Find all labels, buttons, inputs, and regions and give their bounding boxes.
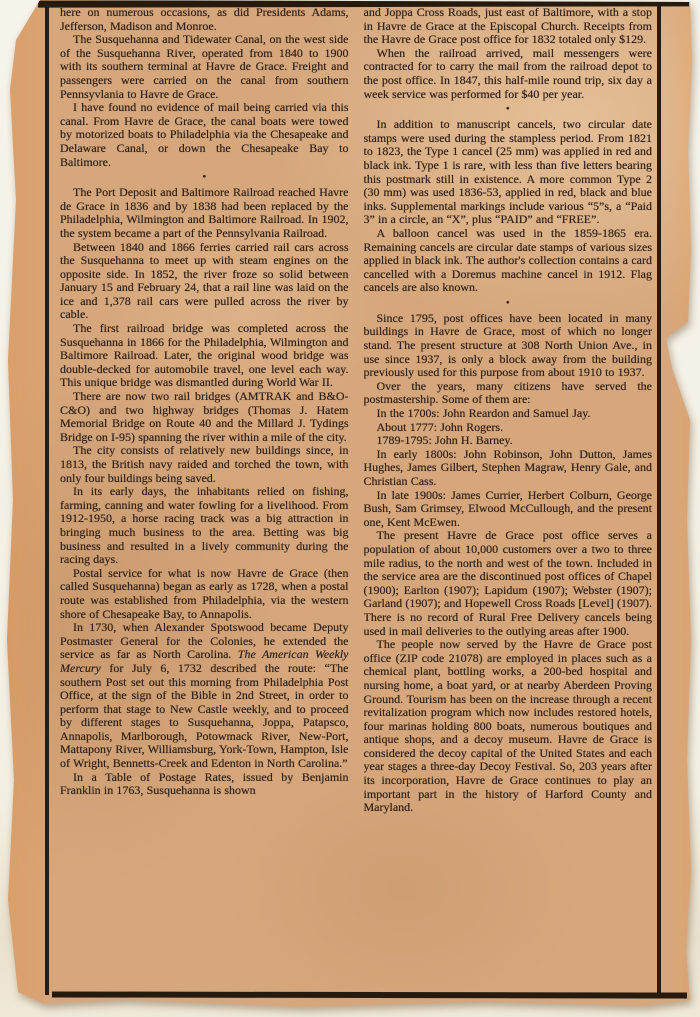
article-paragraph: A balloon cancel was used in the 1859-18… <box>364 227 653 295</box>
article-paragraph: About 1777: John Rogers. <box>364 421 653 435</box>
torn-edge-left <box>4 0 44 1010</box>
article-body: here on numerous occasions, as did Presi… <box>60 6 652 990</box>
article-column-left: here on numerous occasions, as did Presi… <box>60 6 349 990</box>
newspaper-clipping: here on numerous occasions, as did Presi… <box>4 0 692 1010</box>
article-paragraph: In its early days, the inhabitants relie… <box>60 485 349 567</box>
section-separator-bullet: • <box>60 169 349 186</box>
article-paragraph: In addition to manuscript cancels, two c… <box>364 118 653 227</box>
scanned-page: here on numerous occasions, as did Presi… <box>0 0 700 1017</box>
publication-name-italic: The American Weekly Mercury <box>60 647 349 675</box>
article-paragraph: 1789-1795: John H. Barney. <box>364 434 653 448</box>
article-paragraph: There are now two rail bridges (AMTRAK a… <box>60 390 349 444</box>
article-paragraph: here on numerous occasions, as did Presi… <box>60 6 349 33</box>
article-column-right: and Joppa Cross Roads, just east of Balt… <box>364 6 653 990</box>
article-paragraph: In a Table of Postage Rates, issued by B… <box>60 771 349 798</box>
article-paragraph: In the 1700s: John Reardon and Samuel Ja… <box>364 407 653 421</box>
frame-rule-right <box>657 5 662 998</box>
article-paragraph: When the railroad arrived, mail messenge… <box>364 47 653 101</box>
article-paragraph: The first railroad bridge was completed … <box>60 322 349 390</box>
article-paragraph: The Susquehanna and Tidewater Canal, on … <box>60 33 349 101</box>
frame-rule-left <box>45 3 49 995</box>
article-paragraph: The present Havre de Grace post office s… <box>364 529 653 638</box>
article-paragraph: Over the years, many citizens have serve… <box>364 380 653 407</box>
torn-edge-right <box>666 0 692 1010</box>
section-separator-bullet: • <box>364 295 653 312</box>
article-paragraph: Since 1795, post offices have been locat… <box>364 312 653 380</box>
article-paragraph: The people now served by the Havre de Gr… <box>364 638 653 815</box>
article-paragraph: and Joppa Cross Roads, just east of Balt… <box>364 6 653 47</box>
frame-rule-bottom <box>52 991 687 998</box>
article-paragraph: In early 1800s: John Robinson, John Dutt… <box>364 448 653 489</box>
article-paragraph: In late 1900s: James Currier, Herbert Co… <box>364 489 653 530</box>
article-paragraph: I have found no evidence of mail being c… <box>60 101 349 169</box>
section-separator-bullet: • <box>364 101 653 118</box>
article-paragraph: In 1730, when Alexander Spotswood became… <box>60 621 349 771</box>
article-paragraph: The city consists of relatively new buil… <box>60 444 349 485</box>
article-paragraph: Postal service for what is now Havre de … <box>60 567 349 621</box>
article-paragraph: Between 1840 and 1866 ferries carried ra… <box>60 241 349 323</box>
article-paragraph: The Port Deposit and Baltimore Railroad … <box>60 186 349 240</box>
